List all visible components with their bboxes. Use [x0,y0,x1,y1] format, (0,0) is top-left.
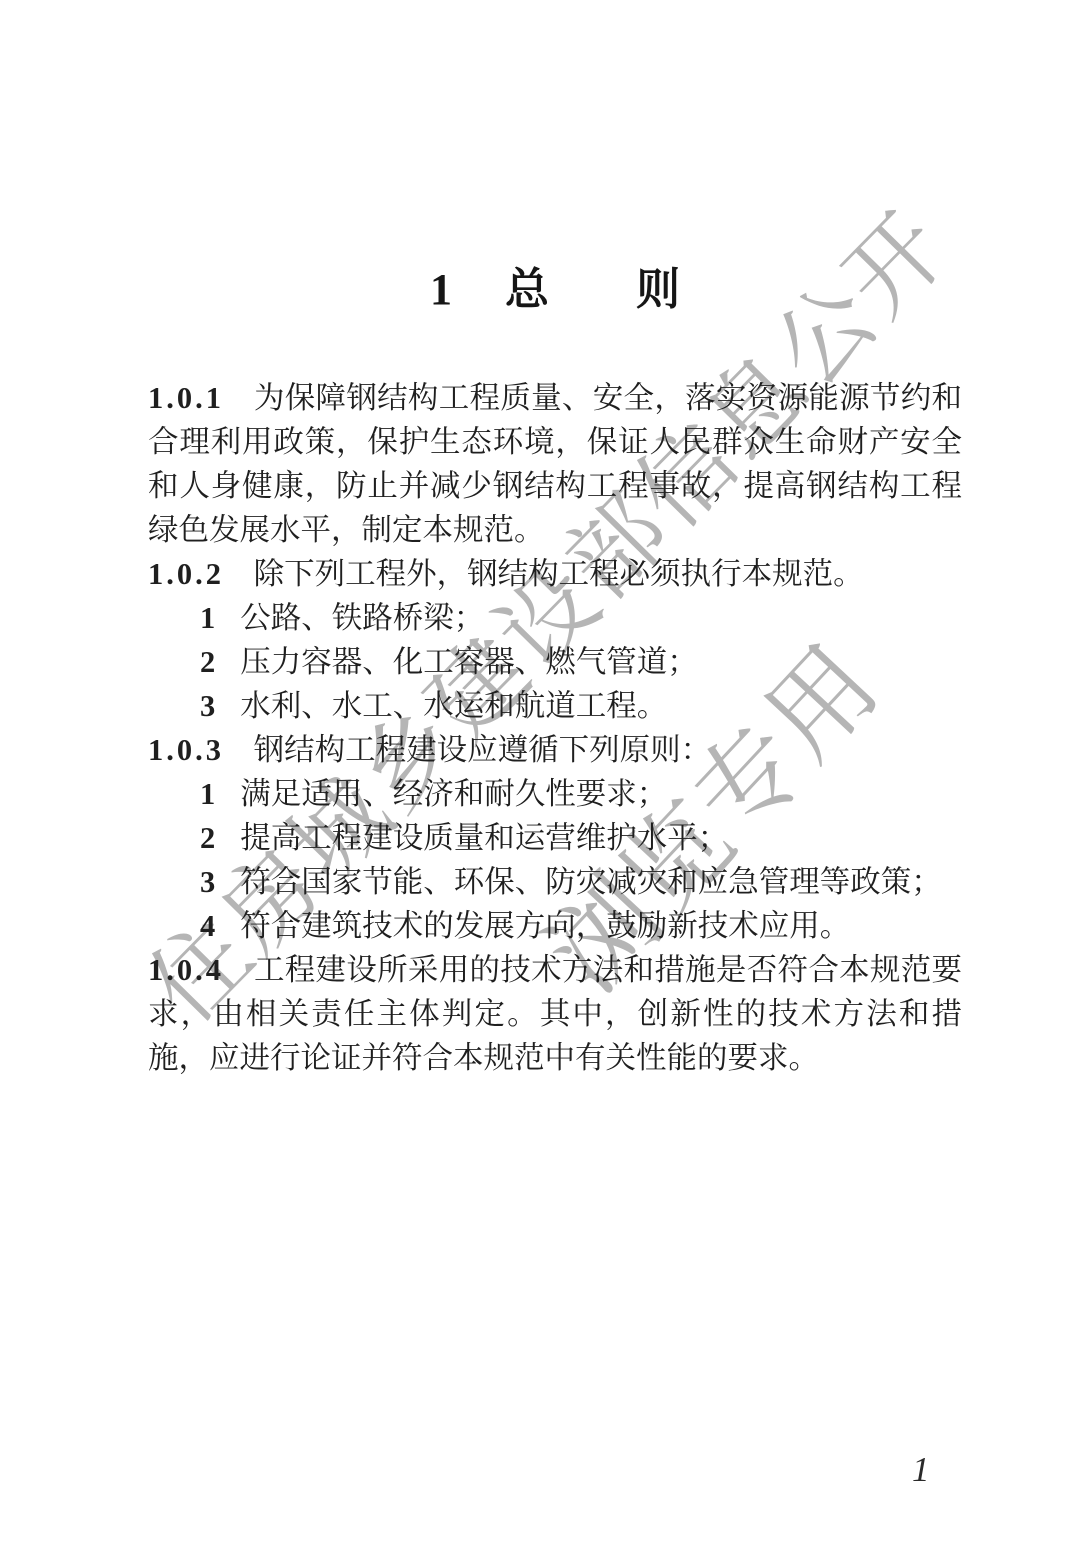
clause-1-0-3-item-4: 4符合建筑技术的发展方向，鼓励新技术应用。 [148,904,962,948]
chapter-number: 1 [430,265,452,314]
item-text: 压力容器、化工容器、燃气管道； [240,645,698,679]
clause-1-0-2-label: 1.0.2 [148,557,224,591]
item-text: 提高工程建设质量和运营维护水平； [240,821,728,855]
item-number: 3 [200,689,215,723]
clause-1-0-3: 1.0.3 钢结构工程建设应遵循下列原则： [148,728,962,772]
clause-1-0-2-item-2: 2压力容器、化工容器、燃气管道； [148,640,962,684]
clause-1-0-1: 1.0.1 为保障钢结构工程质量、安全，落实资源能源节约和合理利用政策，保护生态… [148,376,962,552]
item-text: 满足适用、经济和耐久性要求； [240,777,667,811]
clause-1-0-1-label: 1.0.1 [148,381,224,415]
page-number: 1 [912,1450,930,1490]
clause-1-0-3-item-2: 2提高工程建设质量和运营维护水平； [148,816,962,860]
chapter-title: 1 总 则 [148,264,962,316]
clause-1-0-2: 1.0.2 除下列工程外，钢结构工程必须执行本规范。 [148,552,962,596]
item-number: 1 [200,777,215,811]
item-number: 4 [200,909,215,943]
clause-1-0-3-item-3: 3符合国家节能、环保、防灾减灾和应急管理等政策； [148,860,962,904]
clause-1-0-1-text: 为保障钢结构工程质量、安全，落实资源能源节约和合理利用政策，保护生态环境，保证人… [148,381,962,547]
item-number: 3 [200,865,215,899]
clause-1-0-2-item-1: 1公路、铁路桥梁； [148,596,962,640]
clause-1-0-3-item-1: 1满足适用、经济和耐久性要求； [148,772,962,816]
item-number: 2 [200,821,215,855]
clause-1-0-3-label: 1.0.3 [148,733,224,767]
page-content: 1 总 则 1.0.1 为保障钢结构工程质量、安全，落实资源能源节约和合理利用政… [0,0,1080,1080]
clause-1-0-3-text: 钢结构工程建设应遵循下列原则： [254,733,712,767]
item-number: 2 [200,645,215,679]
chapter-title-word2: 则 [636,265,680,314]
clause-1-0-2-text: 除下列工程外，钢结构工程必须执行本规范。 [254,557,864,591]
item-text: 公路、铁路桥梁； [240,601,484,635]
clause-1-0-4-label: 1.0.4 [148,953,224,987]
clause-1-0-4: 1.0.4 工程建设所采用的技术方法和措施是否符合本规范要求，由相关责任主体判定… [148,948,962,1080]
clause-1-0-2-item-3: 3水利、水工、水运和航道工程。 [148,684,962,728]
chapter-title-word1: 总 [505,265,549,314]
item-number: 1 [200,601,215,635]
item-text: 符合国家节能、环保、防灾减灾和应急管理等政策； [240,865,942,899]
item-text: 水利、水工、水运和航道工程。 [240,689,667,723]
document-page: 住房城乡建设部信息公开 浏览专用 1 总 则 1.0.1 为保障钢结构工程质量、… [0,0,1080,1563]
item-text: 符合建筑技术的发展方向，鼓励新技术应用。 [240,909,850,943]
clause-1-0-4-text: 工程建设所采用的技术方法和措施是否符合本规范要求，由相关责任主体判定。其中，创新… [148,953,962,1075]
